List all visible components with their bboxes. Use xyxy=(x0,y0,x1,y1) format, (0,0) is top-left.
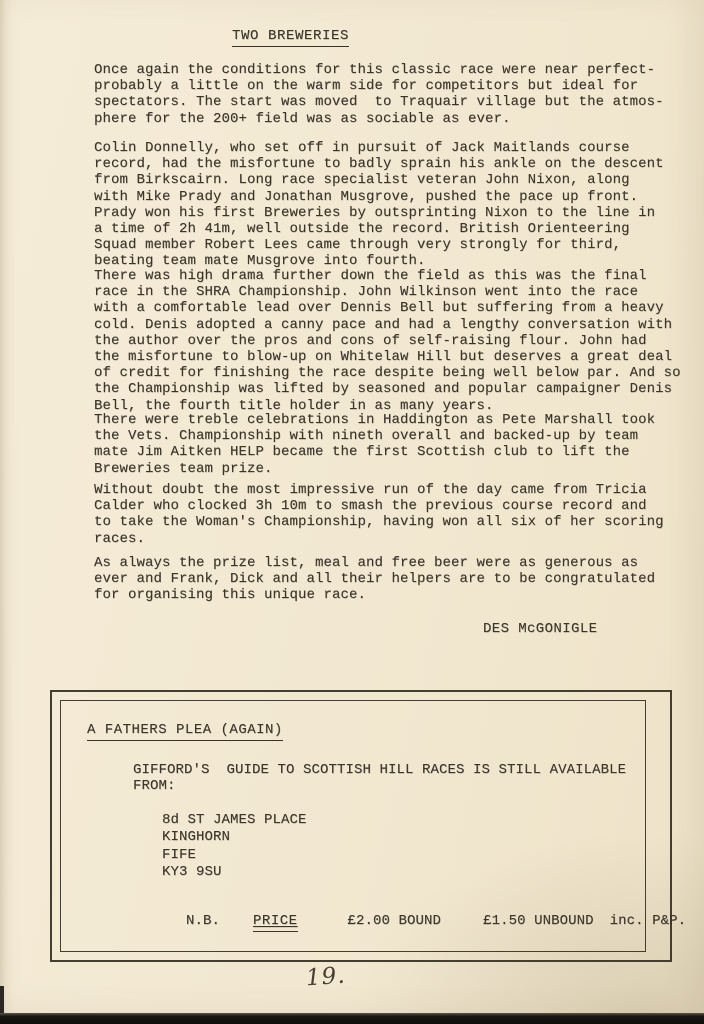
nb-label: N.B. xyxy=(186,913,220,929)
notice-price-line: N.B.PRICE£2.00 BOUND£1.50 UNBOUNDinc. P&… xyxy=(135,897,686,949)
scan-edge-left xyxy=(0,986,4,1014)
article-title: TWO BREWERIES xyxy=(232,28,349,47)
notice-address: 8d ST JAMES PLACE KINGHORN FIFE KY3 9SU xyxy=(162,812,307,881)
price-bound-value: £2.00 BOUND xyxy=(348,913,442,929)
notice-box: A FATHERS PLEA (AGAIN) GIFFORD'S GUIDE T… xyxy=(50,690,672,962)
page-number: 19. xyxy=(305,963,346,992)
article-byline: DES McGONIGLE xyxy=(483,621,597,637)
article-paragraph: As always the prize list, meal and free … xyxy=(94,555,655,604)
article-paragraph: Once again the conditions for this class… xyxy=(94,62,664,127)
price-suffix: inc. P&P. xyxy=(610,913,687,929)
article-paragraph: Without doubt the most impressive run of… xyxy=(94,482,664,547)
notice-heading: A FATHERS PLEA (AGAIN) xyxy=(87,722,283,741)
article-paragraph: Colin Donnelly, who set off in pursuit o… xyxy=(94,140,664,270)
scanned-page: TWO BREWERIES Once again the conditions … xyxy=(0,0,704,1024)
price-label: PRICE xyxy=(253,913,298,932)
article-paragraph: There were treble celebrations in Haddin… xyxy=(94,412,655,477)
notice-intro: GIFFORD'S GUIDE TO SCOTTISH HILL RACES I… xyxy=(133,762,626,794)
scan-edge-bottom xyxy=(0,1013,704,1024)
article-paragraph: There was high drama further down the fi… xyxy=(94,268,681,414)
price-unbound-value: £1.50 UNBOUND xyxy=(483,913,594,929)
